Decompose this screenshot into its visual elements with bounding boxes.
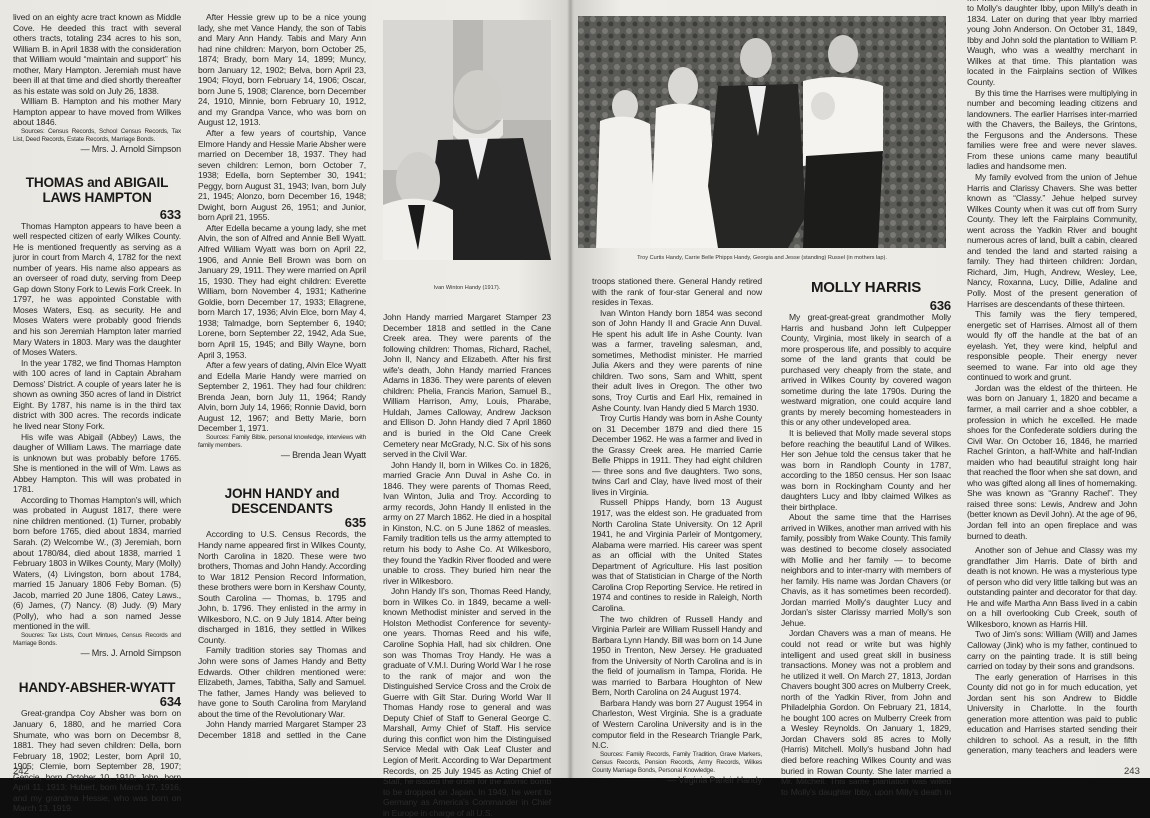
- sources-note: Sources: Family Bible, personal knowledg…: [198, 434, 366, 450]
- article-title-636: MOLLY HARRIS: [781, 280, 951, 295]
- photo-ivan-winton-handy: [383, 20, 551, 260]
- author-signature: — Brenda Jean Wyatt: [198, 450, 366, 461]
- paragraph: According to U.S. Census Records, the Ha…: [198, 529, 366, 645]
- paragraph: troops stationed there. General Handy re…: [592, 276, 762, 308]
- right-column-3: Jordan Chavers was a man of means. He co…: [967, 0, 1137, 758]
- paragraph: Troy Curtis Handy was born in Ashe Count…: [592, 413, 762, 497]
- paragraph: By this time the Harrises were multiplyi…: [967, 88, 1137, 172]
- right-column-2: MOLLY HARRIS 636 My great-great-great gr…: [781, 280, 951, 790]
- sources-note: Sources: Family Records, Family Traditio…: [592, 751, 762, 775]
- paragraph: The early generation of Harrises in this…: [967, 672, 1137, 758]
- paragraph: His wife was Abigail (Abbey) Laws, the d…: [13, 432, 181, 495]
- paragraph: Family tradition stories say Thomas and …: [198, 645, 366, 719]
- paragraph: Another son of Jehue and Classy was my g…: [967, 545, 1137, 629]
- sources-note: Soucres: Tax Lists, Court Mintues, Censu…: [13, 632, 181, 648]
- paragraph: My great-great-great grandmother Molly H…: [781, 312, 951, 428]
- paragraph: After a few years of dating, Alvin Elce …: [198, 360, 366, 434]
- left-column-3: John Handy married Margaret Stamper 23 D…: [383, 312, 551, 790]
- paragraph: William B. Hampton and his mother Mary H…: [13, 96, 181, 128]
- paragraph: Russell Phipps Handy, born 13 August 191…: [592, 497, 762, 613]
- book-spread: lived on an eighty acre tract known as M…: [0, 0, 1150, 778]
- paragraph: After Edella became a young lady, she me…: [198, 223, 366, 360]
- family-group-illustration: [578, 16, 946, 248]
- author-signature: — Mrs. J. Arnold Simpson: [13, 144, 181, 155]
- paragraph: After a few years of courtship, Vance El…: [198, 128, 366, 223]
- left-column-1: lived on an eighty acre tract known as M…: [13, 12, 181, 790]
- page-number-right: 243: [1124, 766, 1140, 777]
- paragraph: After Hessie grew up to be a nice young …: [198, 12, 366, 128]
- author-signature: — Virginia Parleir Handy: [592, 775, 762, 786]
- paragraph-continued: Jordan Chavers was a man of means. He co…: [967, 0, 1137, 88]
- paragraph-continued: John Handy married Margaret Stamper 23 D…: [383, 312, 551, 459]
- paragraph: John Handy married Margaret Stamper 23 D…: [198, 719, 366, 739]
- article-title-633: THOMAS and ABIGAIL LAWS HAMPTON: [13, 175, 181, 205]
- paragraph: Two of Jim's sons: William (Will) and Ja…: [967, 629, 1137, 671]
- paragraph: Ivan Winton Handy born 1854 was second s…: [592, 308, 762, 413]
- paragraph: The two children of Russell Handy and Vi…: [592, 614, 762, 698]
- page-number-left: 242: [13, 766, 29, 777]
- paragraph: My family evolved from the union of Jehu…: [967, 172, 1137, 309]
- article-number-635: 635: [198, 516, 366, 529]
- paragraph: John Handy II's son, Thomas Reed Handy, …: [383, 586, 551, 790]
- left-column-2: After Hessie grew up to be a nice young …: [198, 0, 366, 739]
- portrait-figures-illustration: [383, 20, 551, 260]
- article-number-636: 636: [781, 299, 951, 312]
- paragraph: John Handy married Margaret Stamper 23 D…: [383, 312, 551, 460]
- paragraph: In the year 1782, we find Thomas Hampton…: [13, 358, 181, 432]
- paragraph: Jordan Chavers was a man of means. He co…: [781, 628, 951, 790]
- right-column-1: troops stationed there. General Handy re…: [592, 276, 762, 785]
- paragraph: Jordan was the eldest of the thirteen. H…: [967, 383, 1137, 541]
- article-number-634: 634: [13, 695, 181, 708]
- paragraph: Barbara Handy was born 27 August 1954 in…: [592, 698, 762, 751]
- paragraph: About the same time that the Harrises ar…: [781, 512, 951, 628]
- photo-caption-ivan: Ivan Winton Handy (1917).: [383, 285, 551, 291]
- paragraph: This family was the fiery tempered, ener…: [967, 309, 1137, 383]
- paragraph: According to Thomas Hampton's will, whic…: [13, 495, 181, 632]
- column-clip: Jordan Chavers was a man of means. He co…: [967, 0, 1137, 758]
- photo-caption-family: Troy Curtis Handy, Carrie Belle Phipps H…: [578, 255, 946, 261]
- paragraph: Thomas Hampton appears to have been a we…: [13, 221, 181, 358]
- paragraph: John Handy II, born in Wilkes Co. in 182…: [383, 460, 551, 587]
- photo-troy-curtis-handy-family: [578, 16, 946, 248]
- article-title-634: HANDY-ABSHER-WYATT: [13, 680, 181, 695]
- author-signature: — Mrs. J. Arnold Simpson: [13, 648, 181, 659]
- article-title-635: JOHN HANDY and DESCENDANTS: [198, 486, 366, 516]
- sources-note: Sources: Census Records, School Census R…: [13, 128, 181, 144]
- article-number-633: 633: [13, 208, 181, 221]
- paragraph: Great-grandpa Coy Absher was born on Jan…: [13, 708, 181, 790]
- paragraph: It is believed that Molly made several s…: [781, 428, 951, 512]
- paragraph: lived on an eighty acre tract known as M…: [13, 12, 181, 96]
